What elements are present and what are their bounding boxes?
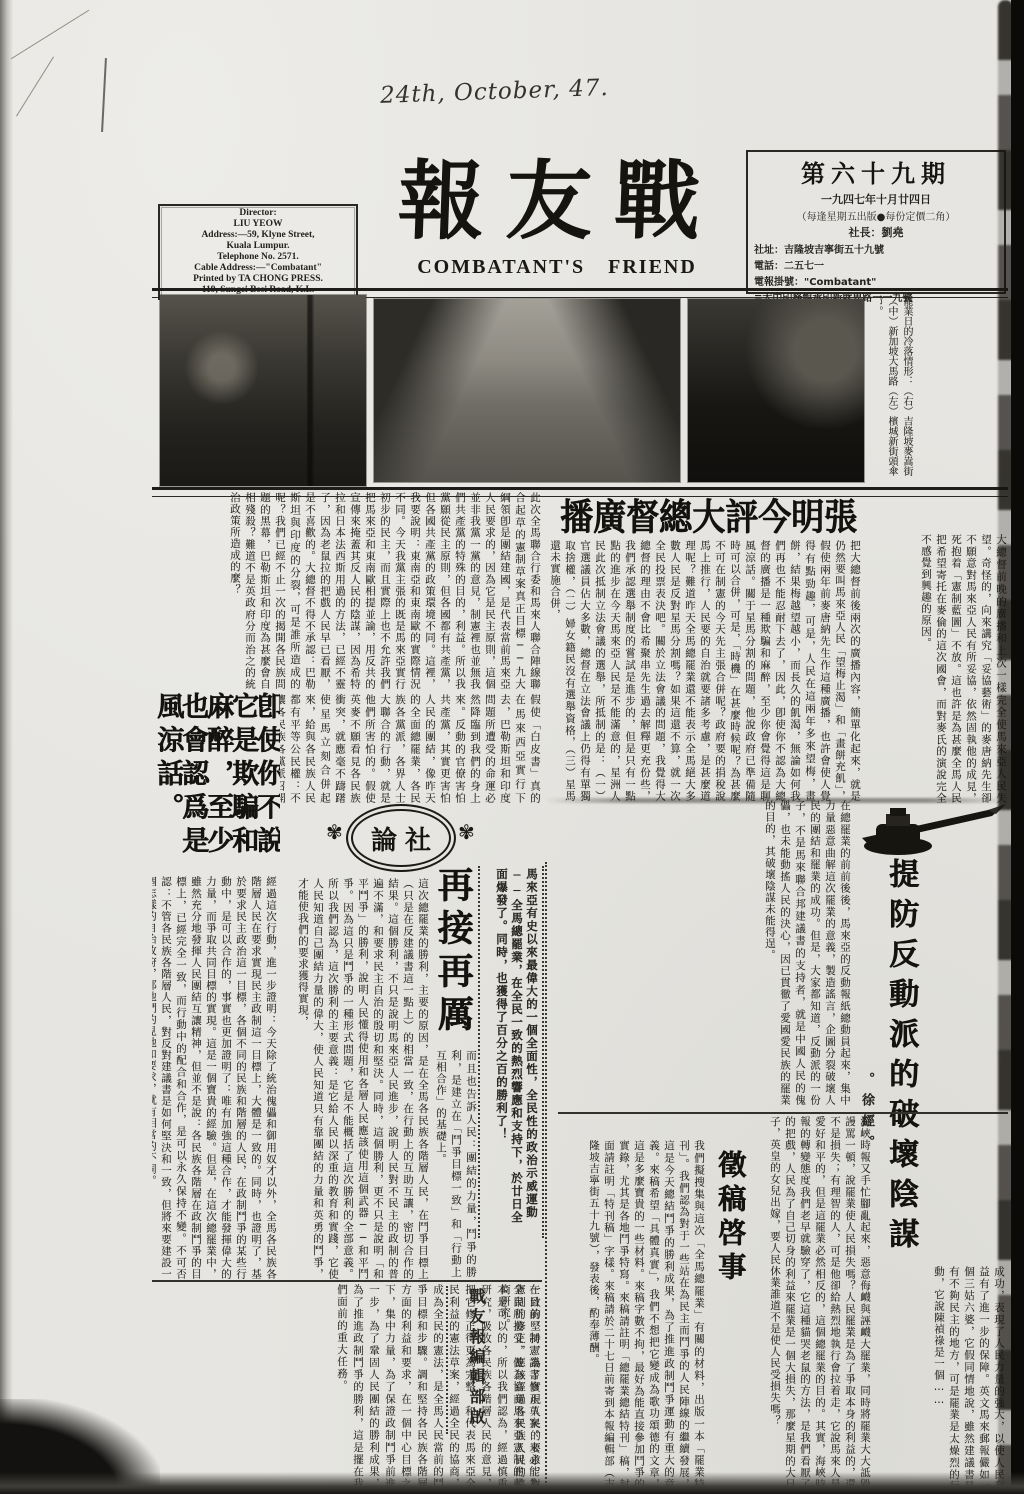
photo-caption: 罷業日的冷落情形：（右）吉隆坡麥嵩街（中）新加坡大馬路（左）檳城新街頭傘市。 <box>880 296 914 494</box>
main-article-body: 此次全馬聯合行委和馬來人聯合陣線聯合起草的憲制草案真正目標──九大綱領卽是團結建… <box>152 492 542 690</box>
divider <box>152 1280 542 1282</box>
scan-left-edge <box>0 0 13 1494</box>
director-line: 社長：劉堯 <box>754 224 998 240</box>
submission-notice-headline: 徵稿啓事 <box>710 1150 750 1294</box>
newspaper-page-scan: 24th, October, 47. Director: LIU YEOW Ad… <box>0 0 1024 1494</box>
floral-ornament-icon: ✾ <box>458 820 475 845</box>
dotted-divider <box>545 862 547 1490</box>
publisher-line: LIU YEOW <box>160 219 356 230</box>
pencil-scratch-mark <box>101 58 107 132</box>
photo-street-scene-2 <box>374 299 680 482</box>
publication-info: （每逢星期五出版●每份定價二角） <box>754 208 998 223</box>
issue-info-box: 第六十九期 一九四七年十月廿四日 （每逢星期五出版●每份定價二角） 社長：劉堯 … <box>746 150 1006 294</box>
right-article-body: 在總罷業的前前後後，馬來亞的反動報紙總動員起來，集中力量惡意曲解這次罷業的意義，… <box>748 800 852 1106</box>
submission-notice-body: 我們擬搜集與這次「全馬總罷業」有關的材料，出版一本「罷業特刊」。我們認為對于一些… <box>558 1140 706 1490</box>
publisher-line: Printed by TA CHONG PRESS. <box>160 274 356 285</box>
photo-street-scene-1 <box>160 295 366 486</box>
main-article-body: 大總督前晚的廣播和上次一樣完全使馬來亞人民失望。奇怪的，向來講究「妥協藝術」的麥… <box>866 534 1008 804</box>
bottom-article-body: 一致的堅持，為了實現人民的要求，對憲制的修正，應該經過各民族人民的協商研究。 <box>486 1284 542 1490</box>
publisher-line: Director: <box>160 208 356 219</box>
editorial-lead: 馬來亞有史以來最偉大的一個全面性，全民性的政治示威運動──全馬總罷業，在全民一致… <box>478 866 544 1238</box>
publisher-line: Address:—59, Klyne Street, <box>160 230 356 241</box>
issue-date: 一九四七年十月廿四日 <box>754 191 998 207</box>
phone-line: 電話：二五七一 <box>754 257 998 272</box>
editorial-headline: 再接再厲 <box>432 866 478 1044</box>
masthead-subtitle: COMBATANT'S FRIEND <box>352 256 762 279</box>
page-stack-line <box>16 57 54 117</box>
divider <box>558 1112 1008 1114</box>
publisher-line: Kuala Lumpur. <box>160 241 356 252</box>
floral-ornament-icon: ✾ <box>326 820 343 845</box>
scan-bottom-shadow <box>0 1472 1024 1494</box>
editorial-body: 這次總罷業的勝利，主要的原因，是在全馬各民族各階層人民，在鬥爭目標上（只是在反建… <box>282 878 430 1280</box>
publisher-info-box: Director: LIU YEOW Address:—59, Klyne St… <box>158 204 358 300</box>
publisher-line: Cable Address:—"Combatant" <box>160 263 356 274</box>
publisher-line: Telephone No. 2571. <box>160 252 356 263</box>
scan-right-edge <box>1011 0 1024 1494</box>
cable-line: 電報掛號："Combatant" <box>754 273 998 288</box>
right-article-headline: 提防反動派的破壞陰謀 <box>876 858 922 1264</box>
editorial-body: 而且也告訴人民：團結的力量，鬥爭的勝利，是建立在「鬥爭目標一致」和「行動上互相合… <box>432 1050 478 1278</box>
bottom-article-body: 在目前，制憲議書修正草案，未必能為全民所接受，做為協商馬來亞憲制的藍本是可以的，… <box>152 1284 542 1490</box>
address-line: 社址：吉隆坡吉寧街五十九號 <box>754 241 998 256</box>
pull-quote: 卽使你不說它是欺騙和麻醉，至少也會認爲是風涼話。 <box>154 692 280 864</box>
editorial-badge: 論社 <box>346 804 456 872</box>
photo-street-scene-3 <box>688 299 864 482</box>
ink-bottle-pen-icon <box>856 794 1008 858</box>
main-article-headline: 播廣督總大評今明張 <box>560 489 862 540</box>
main-article-body: 假使「白皮書」真的在馬來西亞實行下去，巴勒斯坦和印度問題所遭受的命運必然降臨到我… <box>280 694 542 804</box>
main-article-body: 把大總督前後兩次的廣播內容，簡單化起來，就是仍然要叫馬來亞人民「望梅止渴」和「畫… <box>546 540 862 802</box>
handwritten-date: 24th, October, 47. <box>380 73 661 109</box>
masthead-title: 報友戰 <box>360 146 760 264</box>
right-article-body: 海峽時報又手忙腳亂起來，惡意侮衊與誣衊大罷業，同時將罷業大大詆毀謾罵一頓，說罷業… <box>756 1116 872 1490</box>
page-stack-line <box>11 10 90 60</box>
editorial-body: 經過這次行動，進一步證明：今天除了統治傀儡和御用奴才以外，全馬各民族各階層人民在… <box>152 876 278 1280</box>
dotted-divider <box>446 1286 448 1434</box>
issue-number: 第六十九期 <box>754 154 998 189</box>
right-article-body: 成功，表現了人民力量的強大，以使人民利益有了進一步的保障。英文馬來郵報儼如一個三… <box>884 1266 1006 1492</box>
